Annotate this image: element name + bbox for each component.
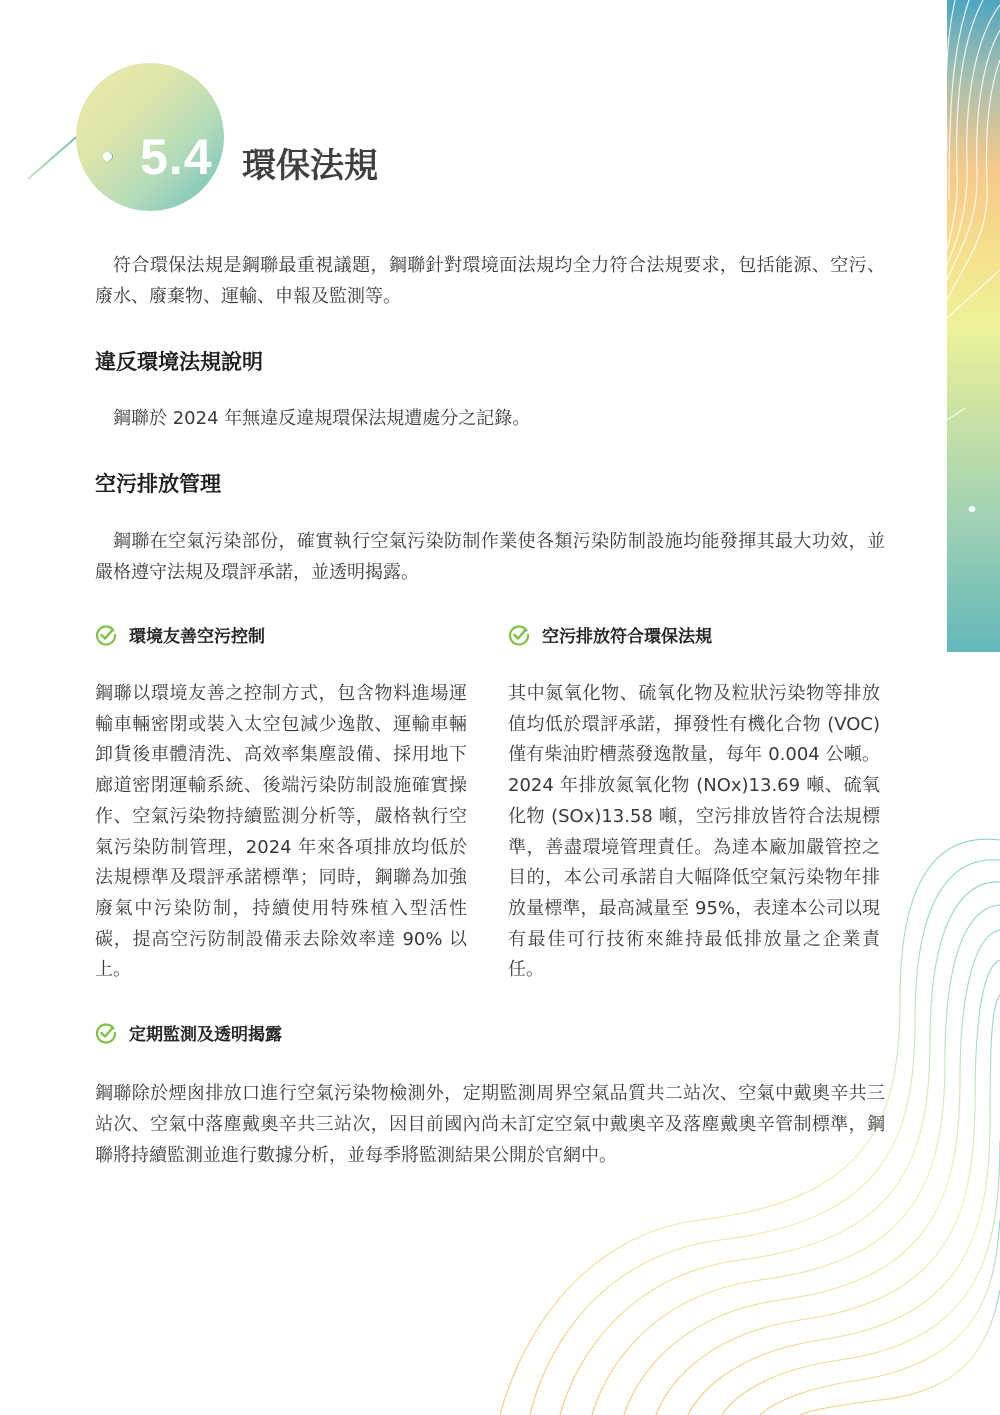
section-number: 5.4 [140, 128, 213, 186]
subheading-label: 環境友善空污控制 [129, 622, 265, 647]
subheading-eco-control: 環境友善空污控制 [95, 622, 265, 647]
emission-compliance-paragraph: 其中氮氧化物、硫氧化物及粒狀污染物等排放值均低於環評承諾，揮發性有機化合物 (V… [508, 679, 880, 986]
subheading-emission-compliance: 空污排放符合環保法規 [508, 622, 712, 647]
monitoring-paragraph: 鋼聯除於煙囪排放口進行空氣污染物檢測外，定期監測周界空氣品質共二站次、空氣中戴奧… [95, 1078, 885, 1171]
check-circle-icon [95, 624, 117, 646]
check-circle-icon [95, 1022, 117, 1044]
dot-decoration [969, 506, 976, 512]
intro-paragraph: 符合環保法規是鋼聯最重視議題，鋼聯針對環境面法規均全力符合法規要求，包括能源、空… [95, 250, 885, 312]
check-circle-icon [508, 624, 530, 646]
violation-paragraph: 鋼聯於 2024 年無違反違規環保法規遭處分之記錄。 [95, 403, 885, 434]
decorative-side-band [947, 0, 1000, 652]
subheading-label: 定期監測及透明揭露 [129, 1020, 282, 1045]
air-emission-heading: 空污排放管理 [95, 468, 221, 498]
violation-heading: 違反環境法規說明 [95, 346, 263, 376]
subheading-label: 空污排放符合環保法規 [542, 622, 712, 647]
eco-control-paragraph: 鋼聯以環境友善之控制方式，包含物料進場運輸車輛密閉或裝入太空包減少逸散、運輸車輛… [95, 679, 467, 986]
subheading-monitoring-disclosure: 定期監測及透明揭露 [95, 1020, 282, 1045]
air-emission-paragraph: 鋼聯在空氣污染部份，確實執行空氣污染防制作業使各類污染防制設施均能發揮其最大功效… [95, 526, 885, 588]
title-dot-decoration [103, 152, 112, 161]
section-title: 環保法規 [242, 138, 378, 187]
wave-lines-decoration [947, 0, 1000, 652]
